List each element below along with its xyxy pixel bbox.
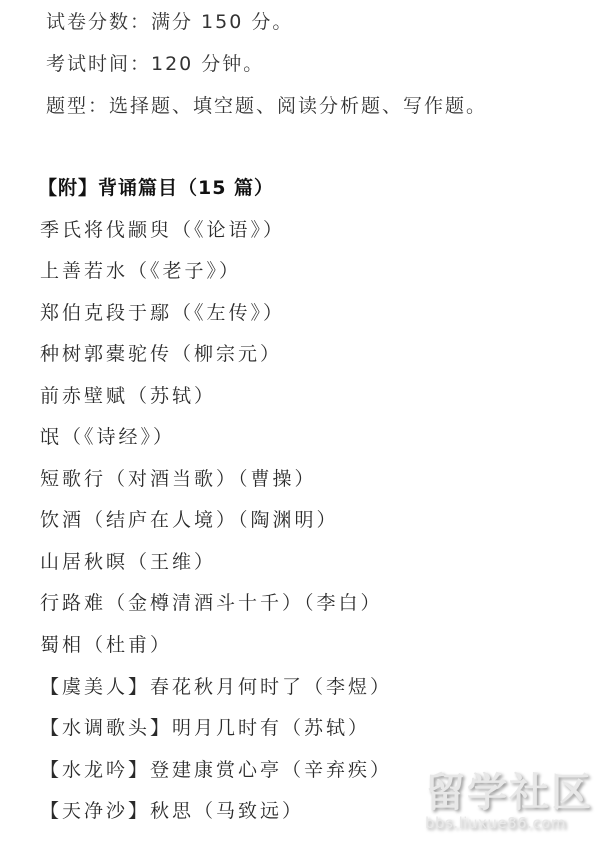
list-item: 短歌行（对酒当歌）（曹操） [40,467,317,491]
list-item: 郑伯克段于鄢（《左传》） [40,301,285,325]
watermark-title: 留学社区 [425,772,593,814]
list-item: 蜀相（杜甫） [40,633,172,657]
section-heading: 【附】背诵篇目（15 篇） [38,176,274,200]
intro-line: 题型：选择题、填空题、阅读分析题、写作题。 [46,94,487,118]
list-item: 前赤壁赋（苏轼） [40,384,216,408]
list-item: 上善若水（《老子》） [40,259,241,283]
intro-line: 考试时间：120 分钟。 [46,52,264,76]
list-item: 氓（《诗经》） [40,425,175,449]
list-item: 【天净沙】秋思（马致远） [40,799,304,823]
list-item: 季氏将伐颛臾（《论语》） [40,218,285,242]
list-item: 饮酒（结庐在人境）（陶渊明） [40,508,339,532]
list-item: 行路难（金樽清酒斗十千）（李白） [40,591,383,615]
list-item: 【水龙吟】登建康赏心亭（辛弃疾） [40,758,392,782]
list-item: 【虞美人】春花秋月何时了（李煜） [40,675,392,699]
intro-line: 试卷分数：满分 150 分。 [46,10,293,34]
watermark-url: bbs.liuxue86.com [425,814,593,832]
watermark-logo: 留学社区 bbs.liuxue86.com [425,772,593,834]
list-item: 山居秋暝（王维） [40,550,216,574]
list-item: 种树郭橐驼传（柳宗元） [40,342,282,366]
list-item: 【水调歌头】明月几时有（苏轼） [40,716,370,740]
